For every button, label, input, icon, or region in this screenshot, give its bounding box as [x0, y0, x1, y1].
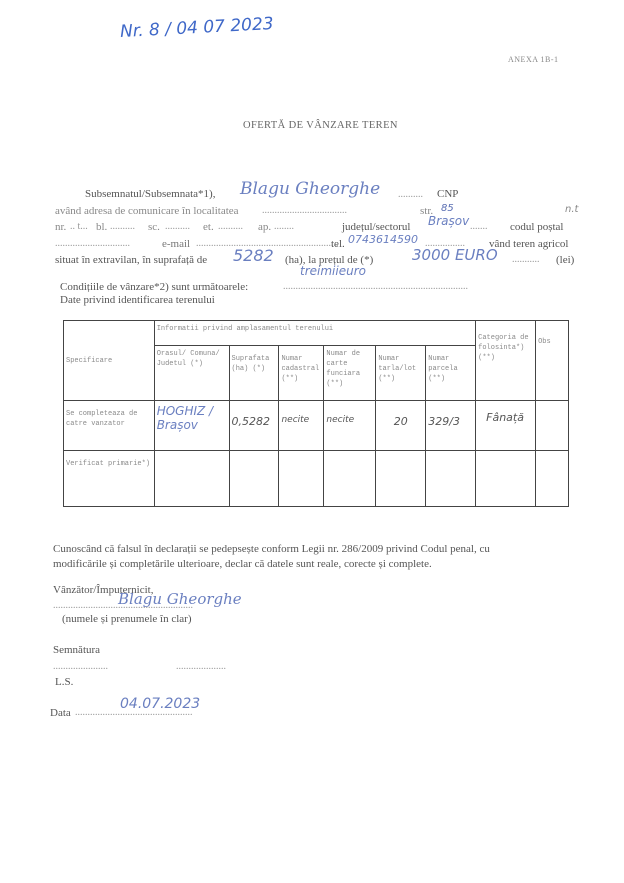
cell-land-book[interactable]: [324, 451, 376, 507]
sc-label: sc.: [148, 221, 160, 233]
name-hint: (numele și prenumele în clar): [62, 613, 192, 625]
judet-label: județul/sectorul: [342, 221, 410, 233]
subsemnatul-label: Subsemnatul/Subsemnata*1),: [85, 188, 215, 200]
date-label: Data: [50, 707, 71, 719]
cell-parcel[interactable]: 329/3: [426, 401, 476, 451]
header-parcel: Numar parcela (**): [426, 346, 476, 401]
dots: ........: [274, 221, 294, 232]
ls-label: L.S.: [55, 676, 73, 688]
conditions-label: Condițiile de vânzare*2) sunt următoarel…: [60, 281, 248, 293]
identification-label: Date privind identificarea terenului: [60, 294, 215, 306]
registration-note: Nr. 8 / 04 07 2023: [120, 14, 274, 42]
seller-printed-name[interactable]: Blagu Gheorghe: [118, 590, 242, 608]
cell-plot[interactable]: [376, 451, 426, 507]
header-specificare: Specificare: [64, 321, 155, 401]
row-label: Verificat primarie*): [64, 451, 155, 507]
cell-cadastral[interactable]: necite: [279, 401, 324, 451]
header-cadastral: Numar cadastral (**): [279, 346, 324, 401]
cell-land-book[interactable]: necite: [324, 401, 376, 451]
seller-name-field[interactable]: Blagu Gheorghe: [240, 179, 380, 199]
cell-category[interactable]: Fânață: [476, 401, 536, 451]
header-plot: Numar tarla/lot (**): [376, 346, 426, 401]
address-label: având adresa de comunicare în localitate…: [55, 205, 239, 217]
header-location-group: Informatii privind amplasamentul terenul…: [154, 321, 475, 346]
dots: ..........: [165, 221, 190, 232]
cell-area[interactable]: [229, 451, 279, 507]
land-table: Specificare Informatii privind amplasame…: [63, 320, 569, 507]
date-field[interactable]: 04.07.2023: [120, 696, 200, 712]
currency-label: (lei): [556, 254, 574, 266]
email-label: e-mail: [162, 238, 190, 250]
dots: ..........: [398, 189, 423, 200]
price-words-field[interactable]: treimiieuro: [300, 264, 366, 278]
bl-label: bl.: [96, 221, 107, 233]
cell-cadastral[interactable]: [279, 451, 324, 507]
tel-label: tel.: [331, 238, 345, 250]
cell-parcel[interactable]: [426, 451, 476, 507]
cnp-label: CNP: [437, 188, 458, 200]
declaration-line-2: modificările și completările ulterioare,…: [53, 558, 432, 570]
signature-label: Semnătura: [53, 644, 100, 656]
dots: ..........: [218, 221, 243, 232]
table-row: Se completeaza de catre vanzator HOGHIZ …: [64, 401, 569, 451]
header-locality: Orasul/ Comuna/ Judetul (*): [154, 346, 229, 401]
owning-label: vând teren agricol: [489, 238, 568, 250]
document-title: OFERTĂ DE VÂNZARE TEREN: [243, 120, 398, 131]
situated-label: situat în extravilan, în suprafață de: [55, 254, 207, 266]
dots: .......: [470, 221, 488, 232]
header-obs: Obs: [536, 321, 569, 401]
dots: ..............................: [55, 238, 130, 249]
cell-obs[interactable]: [536, 401, 569, 451]
dots: ...........: [512, 254, 540, 265]
table-row: Verificat primarie*): [64, 451, 569, 507]
cell-category[interactable]: [476, 451, 536, 507]
phone-field[interactable]: 0743614590: [348, 233, 418, 246]
dots: ..................................: [262, 205, 347, 216]
price-field[interactable]: 3000 EURO: [412, 246, 498, 264]
et-label: et.: [203, 221, 214, 233]
dots: .. t...: [70, 221, 88, 232]
ap-label: ap.: [258, 221, 271, 233]
conditions-field[interactable]: ........................................…: [283, 281, 468, 292]
signature-field[interactable]: ......................: [53, 661, 108, 672]
street-number-mark: n.t: [565, 204, 578, 215]
street-field[interactable]: 85: [441, 203, 454, 214]
declaration-line-1: Cunoscând că falsul în declarații se ped…: [53, 543, 490, 555]
cell-locality[interactable]: [154, 451, 229, 507]
cell-area[interactable]: 0,5282: [229, 401, 279, 451]
row-label: Se completeaza de catre vanzator: [64, 401, 155, 451]
cell-plot[interactable]: 20: [376, 401, 426, 451]
nr-label: nr.: [55, 221, 66, 233]
header-category: Categoria de folosinta*) (**): [476, 321, 536, 401]
annex-label: ANEXA 1B-1: [508, 55, 559, 64]
dots: ..........: [110, 221, 135, 232]
area-field[interactable]: 5282: [233, 246, 274, 265]
header-area: Suprafata (ha) (*): [229, 346, 279, 401]
stamp-field[interactable]: ....................: [176, 661, 226, 672]
cell-locality[interactable]: HOGHIZ / Brașov: [154, 401, 229, 451]
judet-field[interactable]: Brașov: [428, 214, 469, 228]
header-land-book: Numar de carte funciara (**): [324, 346, 376, 401]
cell-obs[interactable]: [536, 451, 569, 507]
postal-code-label: codul poștal: [510, 221, 563, 233]
